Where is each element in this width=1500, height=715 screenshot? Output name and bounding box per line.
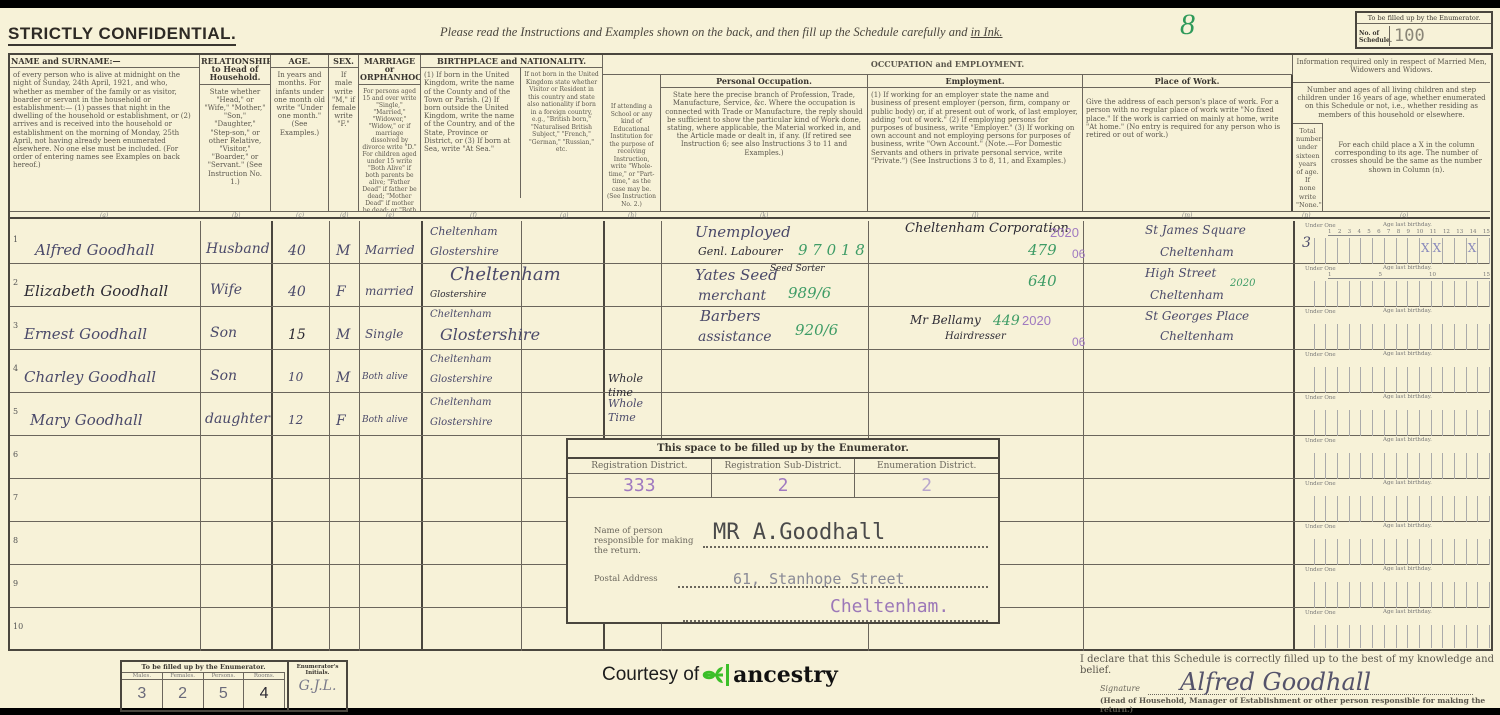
- occupation-line1: Yates Seed: [695, 266, 778, 284]
- birthplace-county: Glostershire: [430, 417, 493, 428]
- col-instructions-nationality: If not born in the United Kingdom state …: [521, 68, 602, 198]
- rooms-value: 4: [244, 680, 285, 708]
- persons-value: 5: [204, 680, 245, 708]
- col-instructions: State here the precise branch of Profess…: [661, 88, 867, 160]
- reg-district-value: 333: [568, 474, 712, 497]
- row-number: 9: [13, 579, 18, 588]
- col-instructions: For persons aged 15 and over write "Sing…: [359, 85, 420, 211]
- age-cell: [1385, 238, 1397, 264]
- employer-code: 449: [993, 313, 1020, 329]
- group-header-married-info: Information required only in respect of …: [1293, 55, 1490, 83]
- age-cell: X: [1467, 238, 1479, 264]
- age-grid: Under One Age last birthday.: [1303, 393, 1490, 436]
- age-grid-cells: [1303, 539, 1490, 565]
- relationship: Husband: [206, 241, 270, 257]
- under-one-label: Under One: [1305, 610, 1336, 616]
- census-schedule-page: STRICTLY CONFIDENTIAL. Please read the I…: [0, 8, 1500, 708]
- school-attendance: Whole Time: [608, 397, 660, 425]
- occupation-code: 920/6: [795, 321, 838, 339]
- relationship: Son: [210, 325, 237, 341]
- age-cell: [1373, 238, 1385, 264]
- courtesy-text: Courtesy of: [602, 664, 699, 686]
- age-num: 13: [1456, 229, 1463, 235]
- schedule-box-label: No. of Schedule.: [1359, 30, 1383, 44]
- occupation-line2: Genl. Labourer: [698, 245, 783, 258]
- col-instructions-birthplace: (1) If born in the United Kingdom, write…: [421, 68, 521, 198]
- employer-line2: Hairdresser: [945, 331, 1006, 342]
- row-number: 1: [13, 235, 18, 244]
- occupation-line1: Barbers: [700, 307, 760, 325]
- age-grid-title: Age last birthday.: [1383, 394, 1432, 400]
- signature-label: Signature: [1100, 684, 1140, 693]
- postal-address-line2: Cheltenham.: [830, 596, 949, 617]
- under-one-label: Under One: [1305, 309, 1336, 315]
- row-number: 6: [13, 450, 18, 459]
- initials-label: Enumerator's Initials.: [289, 662, 346, 678]
- under-one-label: Under One: [1305, 524, 1336, 530]
- enumerator-initials-cell: Enumerator's Initials. G.J.L.: [287, 662, 346, 710]
- col-letter: (d): [340, 212, 349, 219]
- col-instructions: If male write "M," if female write "F.": [329, 68, 358, 131]
- birthplace-county: Glostershire: [430, 374, 493, 385]
- age-cell: [1408, 238, 1420, 264]
- ancestry-brand: ancestry: [733, 662, 838, 688]
- age-num: 9: [1407, 229, 1411, 235]
- age-num: 14: [1470, 229, 1477, 235]
- col-header-children-total: Total number under sixteen years of age.…: [1293, 123, 1323, 211]
- col-header-personal-occupation: Personal Occupation. State here the prec…: [661, 75, 868, 211]
- age: 15: [288, 327, 306, 343]
- totals-box-title: To be filled up by the Enumerator.: [122, 662, 285, 673]
- age-grid-cells: [1303, 324, 1490, 350]
- age-cell: [1478, 238, 1490, 264]
- females-label: Females.: [163, 673, 204, 679]
- age-num: 7: [1387, 229, 1391, 235]
- age: 40: [288, 243, 306, 259]
- occupation-line1: Unemployed: [695, 223, 791, 241]
- stamp-code: 06: [1072, 335, 1085, 349]
- employer-code: 479: [1028, 241, 1057, 259]
- place-of-work-line2: Cheltenham: [1160, 245, 1234, 259]
- person-name: Charley Goodhall: [24, 368, 156, 386]
- col-header-name: NAME and SURNAME:— of every person who i…: [10, 55, 200, 211]
- page-title: STRICTLY CONFIDENTIAL.: [8, 24, 236, 46]
- age: 40: [288, 284, 306, 300]
- row-number: 10: [13, 622, 23, 631]
- under-one-label: Under One: [1305, 395, 1336, 401]
- age-grid: Under OneAge last birthday.: [1303, 608, 1490, 648]
- group-title: Information required only in respect of …: [1293, 55, 1490, 77]
- age-grid-title: Age last birthday.: [1383, 265, 1432, 271]
- age-num: 4: [1357, 229, 1361, 235]
- col-header-place-of-work: Place of Work. Give the address of each …: [1083, 75, 1293, 211]
- birthplace-town: Cheltenham: [450, 264, 561, 285]
- age-grid: Under OneAge last birthday.: [1303, 436, 1490, 479]
- place-of-work-line2: Cheltenham: [1160, 329, 1234, 343]
- col-header-employment: Employment. (1) If working for an employ…: [868, 75, 1083, 211]
- sex: M: [336, 327, 350, 343]
- row-number: 8: [13, 536, 18, 545]
- marriage-status: Both alive: [362, 372, 408, 382]
- instructions-line: Please read the Instructions and Example…: [440, 25, 1003, 40]
- col-letter: (a): [100, 212, 108, 219]
- age-cell: [1350, 238, 1362, 264]
- age-cell: [1361, 238, 1373, 264]
- col-title: Personal Occupation.: [661, 75, 867, 88]
- persons-label: Persons.: [204, 673, 245, 679]
- col-letter: (c): [296, 212, 304, 219]
- relationship: Son: [210, 368, 237, 384]
- occupation-note: Seed Sorter: [770, 264, 825, 274]
- table-row: 3 Ernest Goodhall Son 15 M Single Chelte…: [10, 307, 1490, 350]
- age-num: 3: [1348, 229, 1352, 235]
- postal-address-label: Postal Address: [594, 574, 658, 584]
- initials-value: G.J.L.: [289, 678, 346, 694]
- col-title: RELATIONSHIP to Head of Household.: [200, 55, 270, 85]
- age-num: 10: [1416, 229, 1423, 235]
- totals-values: 3 2 5 4: [122, 680, 285, 708]
- rooms-label: Rooms.: [244, 673, 285, 679]
- age-grid-cells: [1303, 582, 1490, 608]
- age-grid-title: Age last birthday.: [1383, 222, 1432, 228]
- col-letter: (h): [628, 212, 637, 219]
- age-grid-title: Age last birthday.: [1383, 351, 1432, 357]
- relationship: daughter: [205, 411, 270, 427]
- ancestry-leaf-icon: [701, 663, 731, 687]
- person-name: Mary Goodhall: [30, 411, 143, 429]
- row-number: 2: [13, 278, 18, 287]
- table-row: 1 Alfred Goodhall Husband 40 M Married C…: [10, 221, 1490, 264]
- age-grid-cells: [1303, 410, 1490, 436]
- col-title: Place of Work.: [1083, 75, 1291, 88]
- col-letter: (g): [560, 212, 569, 219]
- occupation-line2: merchant: [698, 288, 766, 304]
- col-instructions: For each child place a X in the column c…: [1323, 123, 1490, 177]
- place-of-work-line1: High Street: [1145, 266, 1216, 280]
- col-title: MARRIAGE or ORPHANHOOD.: [359, 55, 420, 85]
- column-letters-row: (a) (b) (c) (d) (e) (f) (g) (h) (k) (l) …: [10, 211, 1490, 219]
- group-header-children-info: Number and ages of all living children a…: [1293, 83, 1490, 123]
- under-one-label: Under One: [1305, 567, 1336, 573]
- age-grid: Under One Age last birthday.: [1303, 350, 1490, 393]
- person-name: Ernest Goodhall: [24, 325, 147, 343]
- sex: M: [336, 243, 350, 259]
- col-instructions: (1) If working for an employer state the…: [868, 88, 1082, 168]
- occupation-code: 9 7 0 1 8: [798, 241, 865, 259]
- dotted-line: [683, 620, 988, 622]
- age-num: 1: [1328, 229, 1332, 235]
- age-cell: [1315, 238, 1327, 264]
- col-instructions: In years and months. For infants under o…: [271, 68, 328, 140]
- age-cell: [1338, 238, 1350, 264]
- age-grid: Under OneAge last birthday.: [1303, 522, 1490, 565]
- occupation-line2: assistance: [698, 329, 772, 345]
- age-grid-cells: [1303, 496, 1490, 522]
- responsible-person-name: MR A.Goodhall: [713, 520, 885, 545]
- age-num: 6: [1377, 229, 1381, 235]
- employer: Mr Bellamy: [910, 313, 981, 327]
- age-grid-cells: XXX: [1303, 238, 1490, 264]
- birthplace-county: Glostershire: [430, 245, 499, 258]
- age-grid-cells: [1303, 453, 1490, 479]
- birthplace-town: Cheltenham: [430, 354, 491, 365]
- place-of-work-line1: St James Square: [1145, 223, 1246, 237]
- place-of-work-line1: St Georges Place: [1145, 309, 1249, 323]
- courtesy-watermark: Courtesy of ancestry: [602, 662, 838, 688]
- dotted-line: [703, 546, 988, 548]
- schedule-number: 100: [1389, 26, 1425, 46]
- col-letter: (m): [1182, 212, 1192, 219]
- totals-labels: Males. Females. Persons. Rooms.: [122, 673, 285, 680]
- age-cell: [1326, 238, 1338, 264]
- group-header-occupation: OCCUPATION and EMPLOYMENT.: [603, 55, 1293, 75]
- age-num: 11: [1430, 229, 1437, 235]
- age-num: 15: [1483, 229, 1490, 235]
- reg-district-label: Registration District.: [568, 459, 712, 473]
- enumerator-box-labels: Registration District. Registration Sub-…: [568, 459, 998, 474]
- sex: M: [336, 370, 350, 386]
- age-grid: Under One Age last birthday.: [1303, 307, 1490, 350]
- responsible-person-label: Name of person responsible for making th…: [594, 526, 694, 556]
- col-instructions: Total number under sixteen years of age.…: [1293, 124, 1322, 211]
- age-cell: [1303, 238, 1315, 264]
- age-cell: [1455, 238, 1467, 264]
- col-letter: (e): [386, 212, 394, 219]
- age-num: 10: [1429, 272, 1436, 278]
- sex: F: [336, 413, 346, 429]
- col-title: Employment.: [868, 75, 1082, 88]
- row-number: 7: [13, 493, 18, 502]
- age-grid-numbers: 151015: [1328, 272, 1490, 279]
- schedule-box-header: To be filled up by the Enumerator.: [1357, 13, 1491, 24]
- employer-code: 640: [1028, 272, 1057, 290]
- birthplace-county: Glostershire: [430, 290, 486, 300]
- age: 12: [288, 413, 303, 427]
- marriage-status: married: [365, 284, 414, 298]
- in-ink-text: in Ink.: [971, 25, 1003, 39]
- age-grid-title: Age last birthday.: [1383, 609, 1432, 615]
- relationship: Wife: [210, 282, 242, 298]
- person-name: Elizabeth Goodhall: [24, 282, 168, 300]
- reg-subdistrict-label: Registration Sub-District.: [712, 459, 856, 473]
- age-grid: Under One Age last birthday. 151015: [1303, 264, 1490, 307]
- col-header-school: If attending a School or any kind of Edu…: [603, 75, 661, 211]
- group-title: Number and ages of all living children a…: [1293, 83, 1490, 122]
- row-number: 4: [13, 364, 18, 373]
- col-title: NAME and SURNAME:—: [10, 55, 199, 68]
- col-instructions: of every person who is alive at midnight…: [10, 68, 199, 172]
- sex: F: [336, 284, 346, 300]
- stamp-code: 2020: [1022, 313, 1051, 328]
- signature: Alfred Goodhall: [1180, 668, 1371, 696]
- col-header-relationship: RELATIONSHIP to Head of Household. State…: [200, 55, 271, 211]
- females-value: 2: [163, 680, 204, 708]
- instructions-text: Please read the Instructions and Example…: [440, 25, 971, 39]
- age-num: 5: [1379, 272, 1383, 278]
- age-grid-title: Age last birthday.: [1383, 523, 1432, 529]
- age-cell: X: [1420, 238, 1432, 264]
- age-cell: [1443, 238, 1455, 264]
- enum-district-label: Enumeration District.: [855, 459, 998, 473]
- employer: Cheltenham Corporation: [905, 221, 1069, 236]
- row-number: 3: [13, 321, 18, 330]
- reg-subdistrict-value: 2: [712, 474, 856, 497]
- age-grid-numbers: 123456789101112131415: [1328, 229, 1490, 236]
- col-header-birthplace: BIRTHPLACE and NATIONALITY. (1) If born …: [421, 55, 603, 211]
- age-num: 12: [1443, 229, 1450, 235]
- age-grid-title: Age last birthday.: [1383, 308, 1432, 314]
- marriage-status: Both alive: [362, 415, 408, 425]
- col-letter: (k): [760, 212, 768, 219]
- marriage-status: Married: [365, 243, 415, 257]
- enumerator-box-title: This space to be filled up by the Enumer…: [568, 440, 998, 459]
- birthplace-town: Cheltenham: [430, 309, 491, 320]
- age-cell: [1397, 238, 1409, 264]
- age-grid-title: Age last birthday.: [1383, 480, 1432, 486]
- col-title: AGE.: [271, 55, 328, 68]
- schedule-number-box: To be filled up by the Enumerator. No. o…: [1355, 11, 1493, 49]
- age-grid-title: Age last birthday.: [1383, 437, 1432, 443]
- col-letter: (l): [972, 212, 979, 219]
- males-label: Males.: [122, 673, 163, 679]
- under-one-label: Under One: [1305, 481, 1336, 487]
- marriage-status: Single: [365, 327, 403, 341]
- enumerator-green-mark: 8: [1180, 8, 1195, 42]
- birthplace-county: Glostershire: [440, 325, 540, 344]
- age-grid: Under OneAge last birthday.: [1303, 565, 1490, 608]
- age-num: 5: [1367, 229, 1371, 235]
- col-letter: (f): [470, 212, 477, 219]
- col-header-marriage: MARRIAGE or ORPHANHOOD. For persons aged…: [359, 55, 421, 211]
- age-num: 2: [1338, 229, 1342, 235]
- col-title: SEX.: [329, 55, 358, 68]
- col-instructions: Give the address of each person's place …: [1083, 88, 1291, 142]
- age: 10: [288, 370, 303, 384]
- place-of-work-line2: Cheltenham: [1150, 288, 1224, 302]
- age-num: 8: [1397, 229, 1401, 235]
- col-letter: (b): [232, 212, 241, 219]
- age-grid-title: Age last birthday.: [1383, 566, 1432, 572]
- postal-address-line1: 61, Stanhope Street: [733, 570, 905, 588]
- col-letter: (o): [1400, 212, 1408, 219]
- stamp-code: 2020: [1230, 278, 1255, 289]
- stamp-code: 2020: [1050, 225, 1079, 240]
- age-grid-cells: [1303, 281, 1490, 307]
- col-letter: (n): [1302, 212, 1311, 219]
- age-cell: X: [1432, 238, 1444, 264]
- age-num: 1: [1328, 272, 1332, 278]
- table-row: 5 Mary Goodhall daughter 12 F Both alive…: [10, 393, 1490, 436]
- col-header-age: AGE. In years and months. For infants un…: [271, 55, 329, 211]
- males-value: 3: [122, 680, 163, 708]
- age-grid-cells: [1303, 625, 1490, 648]
- col-header-sex: SEX. If male write "M," if female write …: [329, 55, 359, 211]
- age-grid: Under One Age last birthday. 12345678910…: [1303, 221, 1490, 264]
- col-header-children-ages: For each child place a X in the column c…: [1323, 123, 1490, 211]
- under-one-label: Under One: [1305, 438, 1336, 444]
- enumerator-box-values: 333 2 2: [568, 474, 998, 498]
- birthplace-town: Cheltenham: [430, 397, 491, 408]
- group-title: OCCUPATION and EMPLOYMENT.: [603, 55, 1292, 68]
- person-name: Alfred Goodhall: [35, 241, 154, 259]
- row-number: 5: [13, 407, 18, 416]
- age-grid: Under OneAge last birthday.: [1303, 479, 1490, 522]
- enum-district-value: 2: [855, 474, 998, 497]
- age-grid-cells: [1303, 367, 1490, 393]
- occupation-code: 989/6: [788, 284, 831, 302]
- birthplace-town: Cheltenham: [430, 225, 498, 238]
- enumerator-box: This space to be filled up by the Enumer…: [566, 438, 1000, 624]
- enumerator-totals-box: To be filled up by the Enumerator. Males…: [120, 660, 348, 712]
- table-row: 4 Charley Goodhall Son 10 M Both alive C…: [10, 350, 1490, 393]
- age-num: 15: [1483, 272, 1490, 278]
- col-instructions: If attending a School or any kind of Edu…: [603, 75, 660, 211]
- table-row: 2 Elizabeth Goodhall Wife 40 F married C…: [10, 264, 1490, 307]
- col-instructions: State whether "Head," or "Wife," "Mother…: [200, 85, 270, 189]
- under-one-label: Under One: [1305, 352, 1336, 358]
- signature-note: (Head of Household, Manager of Establish…: [1100, 696, 1500, 714]
- col-title: BIRTHPLACE and NATIONALITY.: [421, 55, 602, 68]
- stamp-code: 06: [1072, 247, 1085, 261]
